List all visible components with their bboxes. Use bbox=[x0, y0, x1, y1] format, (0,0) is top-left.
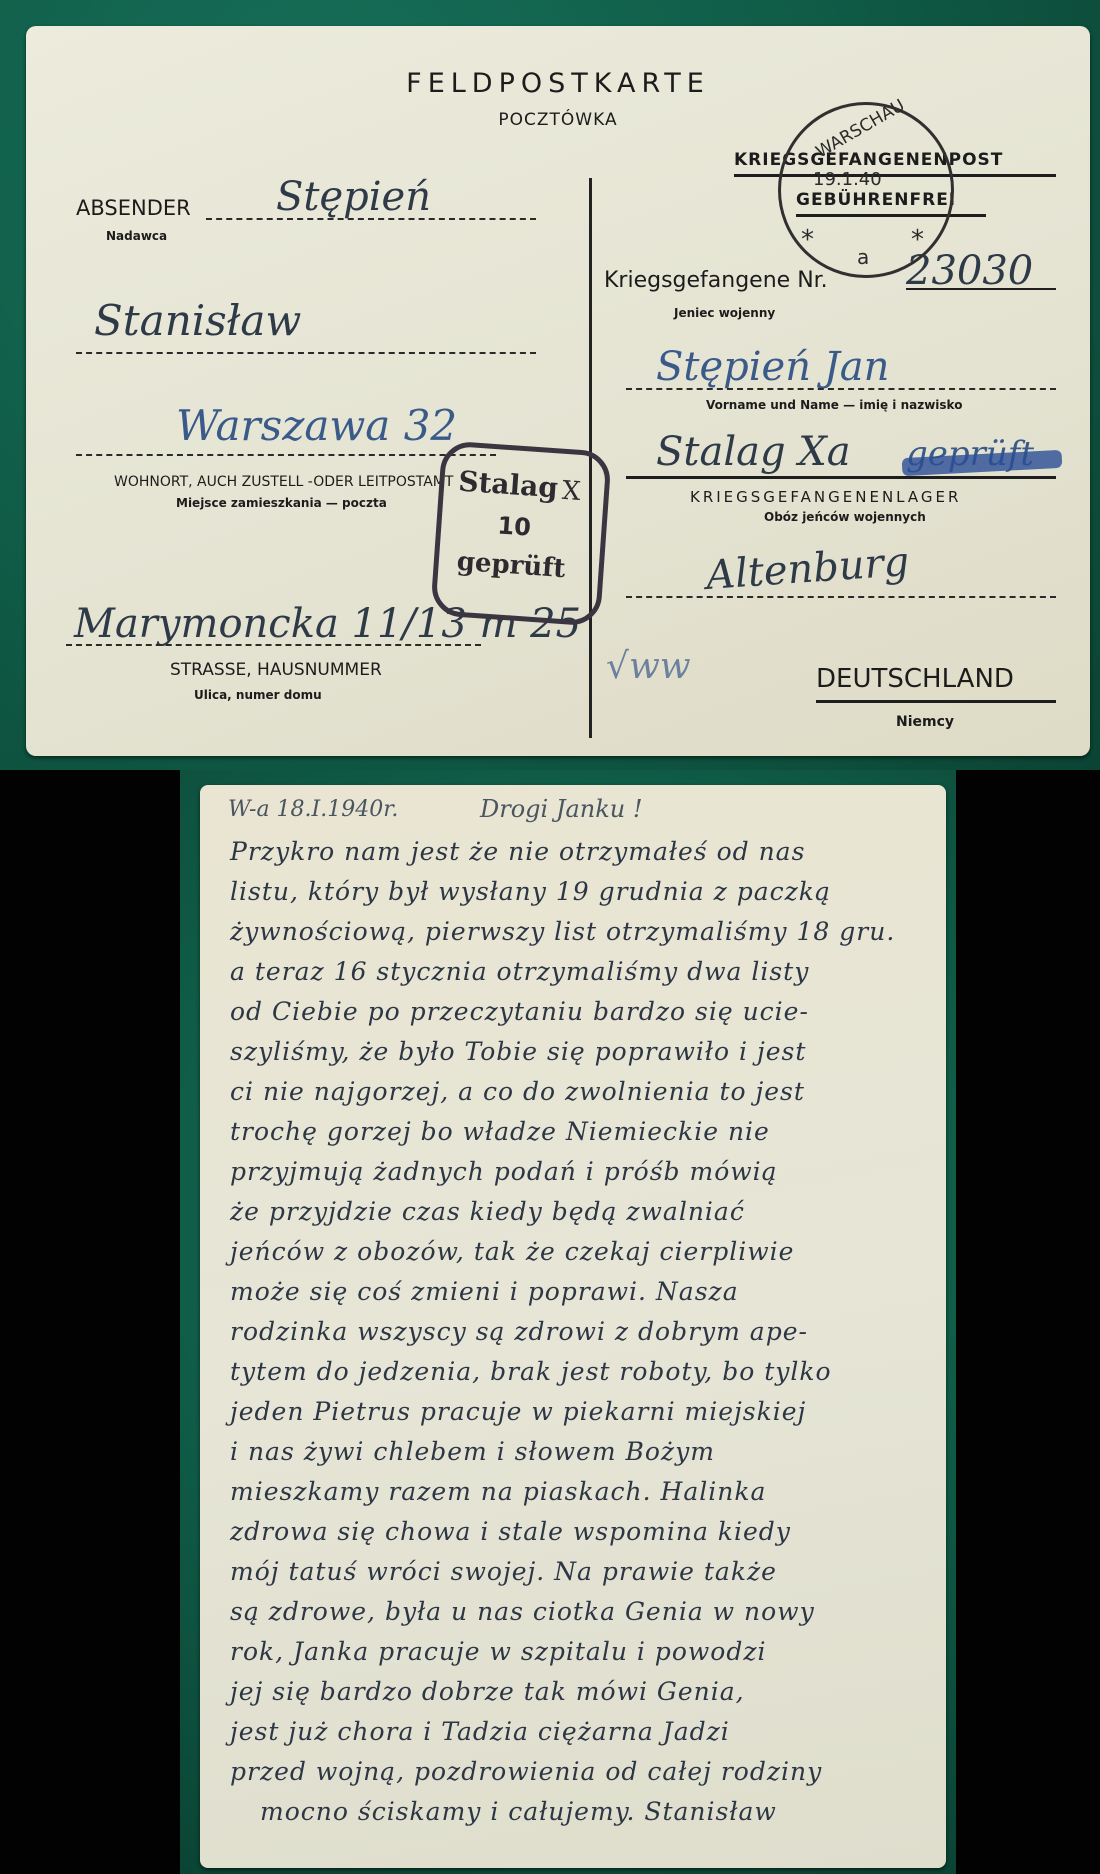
sender-city-line bbox=[76, 454, 496, 456]
postmark-letter: a bbox=[857, 245, 869, 269]
sender-label-pl: Nadawca bbox=[106, 229, 167, 243]
letter-line: i nas żywi chlebem i słowem Bożym bbox=[230, 1437, 715, 1466]
recipient-country-line bbox=[816, 700, 1056, 703]
letter-line: zdrowa się chowa i stale wspomina kiedy bbox=[230, 1517, 791, 1546]
sender-street-line bbox=[66, 644, 481, 646]
blue-pencil-mark: √ww bbox=[606, 646, 691, 687]
sender-surname-line bbox=[206, 218, 536, 220]
sender-city-label-pl: Miejsce zamieszkania — poczta bbox=[176, 496, 387, 510]
postmark-city: WARSCHAU bbox=[813, 96, 909, 163]
letter-date: W-a 18.I.1940r. bbox=[228, 797, 398, 822]
letter-line: a teraz 16 stycznia otrzymaliśmy dwa lis… bbox=[230, 957, 809, 986]
recipient-camp-label-pl: Obóz jeńców wojennych bbox=[764, 510, 926, 524]
background-black-right bbox=[956, 770, 1100, 1874]
card-title: FELDPOSTKARTE bbox=[26, 68, 1090, 99]
letter-line: od Ciebie po przeczytaniu bardzo się uci… bbox=[230, 997, 809, 1026]
sender-label: ABSENDER bbox=[76, 196, 191, 220]
postmark-star-right: * bbox=[911, 225, 924, 255]
sender-first-name: Stanisław bbox=[94, 296, 301, 345]
censor-stamp-mark: X bbox=[561, 476, 582, 507]
sender-first-name-line bbox=[76, 352, 536, 354]
letter-line: przed wojną, pozdrowienia od całej rodzi… bbox=[230, 1757, 822, 1786]
letter-line: tytem do jedzenia, brak jest roboty, bo … bbox=[230, 1357, 832, 1386]
censor-stamp-line1: Stalag bbox=[457, 465, 559, 505]
recipient-location: Altenburg bbox=[705, 539, 911, 599]
postcard-back: W-a 18.I.1940r. Drogi Janku ! Przykro na… bbox=[200, 785, 946, 1868]
letter-line: rodzinka wszyscy są zdrowi z dobrym ape- bbox=[230, 1317, 808, 1346]
letter-line: jeden Pietrus pracuje w piekarni miejski… bbox=[230, 1397, 806, 1426]
recipient-location-line bbox=[626, 596, 1056, 598]
recipient-name-label: Vorname und Name — imię i nazwisko bbox=[706, 398, 962, 412]
letter-line: ci nie najgorzej, a co do zwolnienia to … bbox=[230, 1077, 805, 1106]
sender-street-label: STRASSE, HAUSNUMMER bbox=[170, 660, 382, 680]
recipient-camp: Stalag Xa bbox=[656, 429, 851, 475]
letter-line: mocno ściskamy i całujemy. Stanisław bbox=[260, 1797, 777, 1826]
letter-line: żywnościową, pierwszy list otrzymaliśmy … bbox=[230, 917, 895, 946]
letter-line: jej się bardzo dobrze tak mówi Genia, bbox=[230, 1677, 745, 1706]
postmark-stamp: WARSCHAU 19.1.40 * * a bbox=[778, 102, 954, 278]
letter-line: rok, Janka pracuje w szpitalu i powodzi bbox=[230, 1637, 767, 1666]
letter-line: szyliśmy, że było Tobie się poprawiło i … bbox=[230, 1037, 806, 1066]
letter-line: Przykro nam jest że nie otrzymałeś od na… bbox=[230, 837, 805, 866]
recipient-name: Stępień Jan bbox=[656, 344, 889, 390]
letter-line: przyjmują żadnych podań i próśb mówią bbox=[230, 1157, 778, 1186]
sender-city: Warszawa 32 bbox=[176, 401, 457, 450]
letter-line: mój tatuś wróci swojej. Na prawie także bbox=[230, 1557, 777, 1586]
letter-line: listu, który był wysłany 19 grudnia z pa… bbox=[230, 877, 831, 906]
card-subtitle: POCZTÓWKA bbox=[26, 110, 1090, 130]
sender-city-label: WOHNORT, AUCH ZUSTELL -ODER LEITPOSTAMT bbox=[114, 474, 453, 490]
letter-line: trochę gorzej bo władze Niemieckie nie bbox=[230, 1117, 770, 1146]
postmark-star-left: * bbox=[801, 225, 814, 255]
sender-surname: Stępień bbox=[276, 174, 431, 220]
letter-line: jest już chora i Tadzia ciężarna Jadzi bbox=[230, 1717, 730, 1746]
censor-stamp-line3: geprüft bbox=[456, 547, 567, 585]
letter-greeting: Drogi Janku ! bbox=[480, 795, 643, 823]
censor-stamp-line2: 10 bbox=[497, 511, 532, 541]
postcard-front: FELDPOSTKARTE POCZTÓWKA ABSENDER Nadawca… bbox=[26, 26, 1090, 756]
recipient-country-pl: Niemcy bbox=[896, 714, 954, 730]
letter-line: może się coś zmieni i poprawi. Nasza bbox=[230, 1277, 739, 1306]
letter-line: mieszkamy razem na piaskach. Halinka bbox=[230, 1477, 766, 1506]
letter-line: są zdrowe, była u nas ciotka Genia w now… bbox=[230, 1597, 815, 1626]
pow-number-label-pl: Jeniec wojenny bbox=[674, 306, 775, 320]
sender-street-label-pl: Ulica, numer domu bbox=[194, 688, 322, 702]
censor-stamp: Stalag X 10 geprüft bbox=[430, 440, 612, 626]
recipient-camp-line bbox=[626, 476, 1056, 479]
letter-line: jeńców z obozów, tak że czekaj cierpliwi… bbox=[230, 1237, 794, 1266]
pow-number-line bbox=[906, 288, 1056, 290]
postmark-date: 19.1.40 bbox=[813, 169, 882, 190]
letter-line: że przyjdzie czas kiedy będą zwalniać bbox=[230, 1197, 745, 1226]
recipient-camp-label: KRIEGSGEFANGENENLAGER bbox=[690, 488, 961, 506]
recipient-name-line bbox=[626, 388, 1056, 390]
recipient-country: DEUTSCHLAND bbox=[816, 664, 1014, 694]
background-black-left bbox=[0, 770, 180, 1874]
pow-number-label: Kriegsgefangene Nr. bbox=[604, 268, 828, 293]
